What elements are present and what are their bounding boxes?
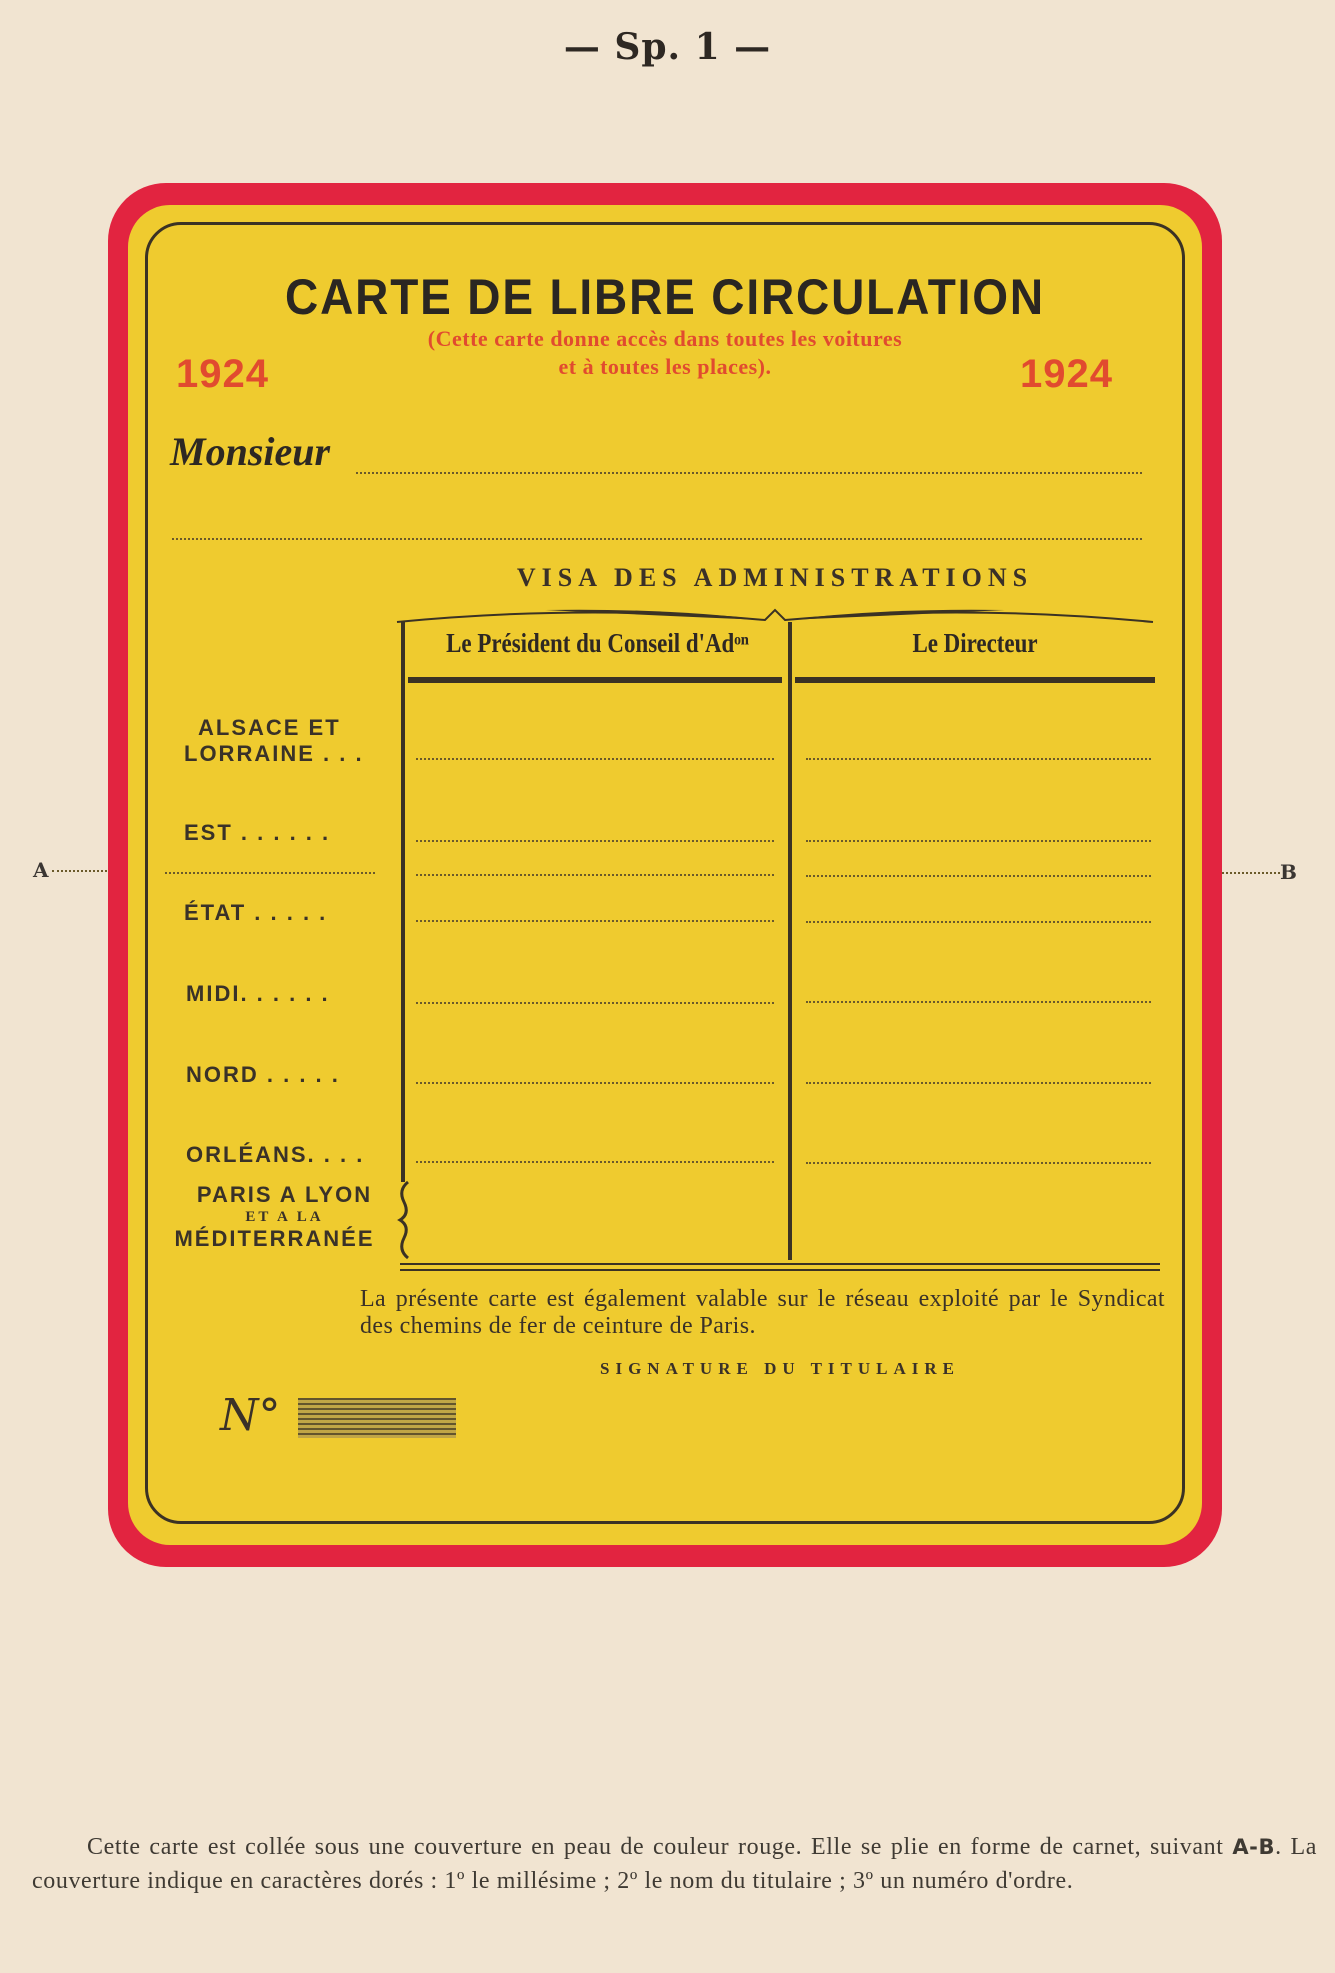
signature-field-alsace-directeur[interactable] [806, 758, 1151, 760]
fold-marker-a: A [33, 858, 49, 882]
network-label-line: MÉDITERRANÉE [152, 1226, 397, 1252]
visa-header: VISA DES ADMINISTRATIONS [500, 563, 1050, 593]
caption-fold-ref: A-B [1232, 1835, 1275, 1859]
year-left: 1924 [176, 352, 269, 397]
fold-marker-b: B [1280, 860, 1297, 884]
card-subtitle: (Cette carte donne accès dans toutes les… [300, 325, 1030, 381]
network-label-line: ET A LA [172, 1208, 397, 1226]
subtitle-line-1: (Cette carte donne accès dans toutes les… [300, 325, 1030, 353]
year-right: 1924 [1020, 352, 1113, 397]
network-label-midi: MIDI. . . . . . [186, 981, 330, 1007]
network-label-plm: PARIS A LYON ET A LA MÉDITERRANÉE [172, 1182, 397, 1252]
signature-field-orleans-directeur[interactable] [806, 1162, 1151, 1164]
subtitle-line-2: et à toutes les places). [300, 353, 1030, 381]
page-caption: Cette carte est collée sous une couvertu… [32, 1830, 1317, 1898]
table-left-rule [401, 622, 405, 1182]
table-bottom-rule-1 [400, 1263, 1160, 1265]
network-label-nord: NORD . . . . . [186, 1062, 340, 1088]
column-rule-directeur [795, 677, 1155, 683]
signature-field-nord-directeur[interactable] [806, 1082, 1151, 1084]
signature-field-etat-president[interactable] [416, 920, 774, 922]
signature-field-midi-directeur[interactable] [806, 1001, 1151, 1003]
card-title: CARTE DE LIBRE CIRCULATION [187, 268, 1144, 326]
fold-line-left [52, 870, 107, 872]
signature-field-alsace-president[interactable] [416, 758, 774, 760]
column-header-president: Le Président du Conseil d'Adᵒⁿ [434, 628, 761, 659]
network-label-line: PARIS A LYON [172, 1182, 397, 1208]
row-separator-directeur [806, 875, 1151, 877]
curly-brace-icon [396, 1180, 412, 1260]
network-label-est: EST . . . . . . [184, 820, 330, 846]
signature-field-est-directeur[interactable] [806, 840, 1151, 842]
signature-label: SIGNATURE DU TITULAIRE [400, 1359, 1160, 1379]
page-number: — Sp. 1 — [0, 26, 1335, 68]
number-label: N° [220, 1390, 281, 1441]
signature-field-est-president[interactable] [416, 840, 774, 842]
column-header-directeur: Le Directeur [822, 628, 1128, 659]
signature-field-etat-directeur[interactable] [806, 921, 1151, 923]
fold-line-right [1222, 872, 1280, 874]
holder-name-field-line-2[interactable] [172, 538, 1142, 540]
card-note: La présente carte est également valable … [360, 1286, 1165, 1340]
row-separator-left [165, 872, 375, 874]
network-label-line: ALSACE ET [198, 715, 364, 741]
caption-text-1: Cette carte est collée sous une couvertu… [87, 1834, 1232, 1860]
number-field[interactable] [298, 1398, 456, 1438]
signature-field-midi-president[interactable] [416, 1002, 774, 1004]
table-middle-rule [788, 622, 792, 1260]
table-bottom-rule-2 [400, 1269, 1160, 1271]
network-label-etat: ÉTAT . . . . . [184, 900, 327, 926]
network-label-line: LORRAINE . . . [184, 741, 364, 767]
network-label-orleans: ORLÉANS. . . . [186, 1142, 364, 1168]
column-rule-president [408, 677, 782, 683]
signature-field-nord-president[interactable] [416, 1082, 774, 1084]
signature-field-orleans-president[interactable] [416, 1161, 774, 1163]
holder-name-field[interactable] [356, 472, 1142, 474]
holder-label: Monsieur [170, 428, 330, 475]
row-separator-president [416, 874, 774, 876]
network-label-alsace-lorraine: ALSACE ET LORRAINE . . . [198, 715, 364, 767]
